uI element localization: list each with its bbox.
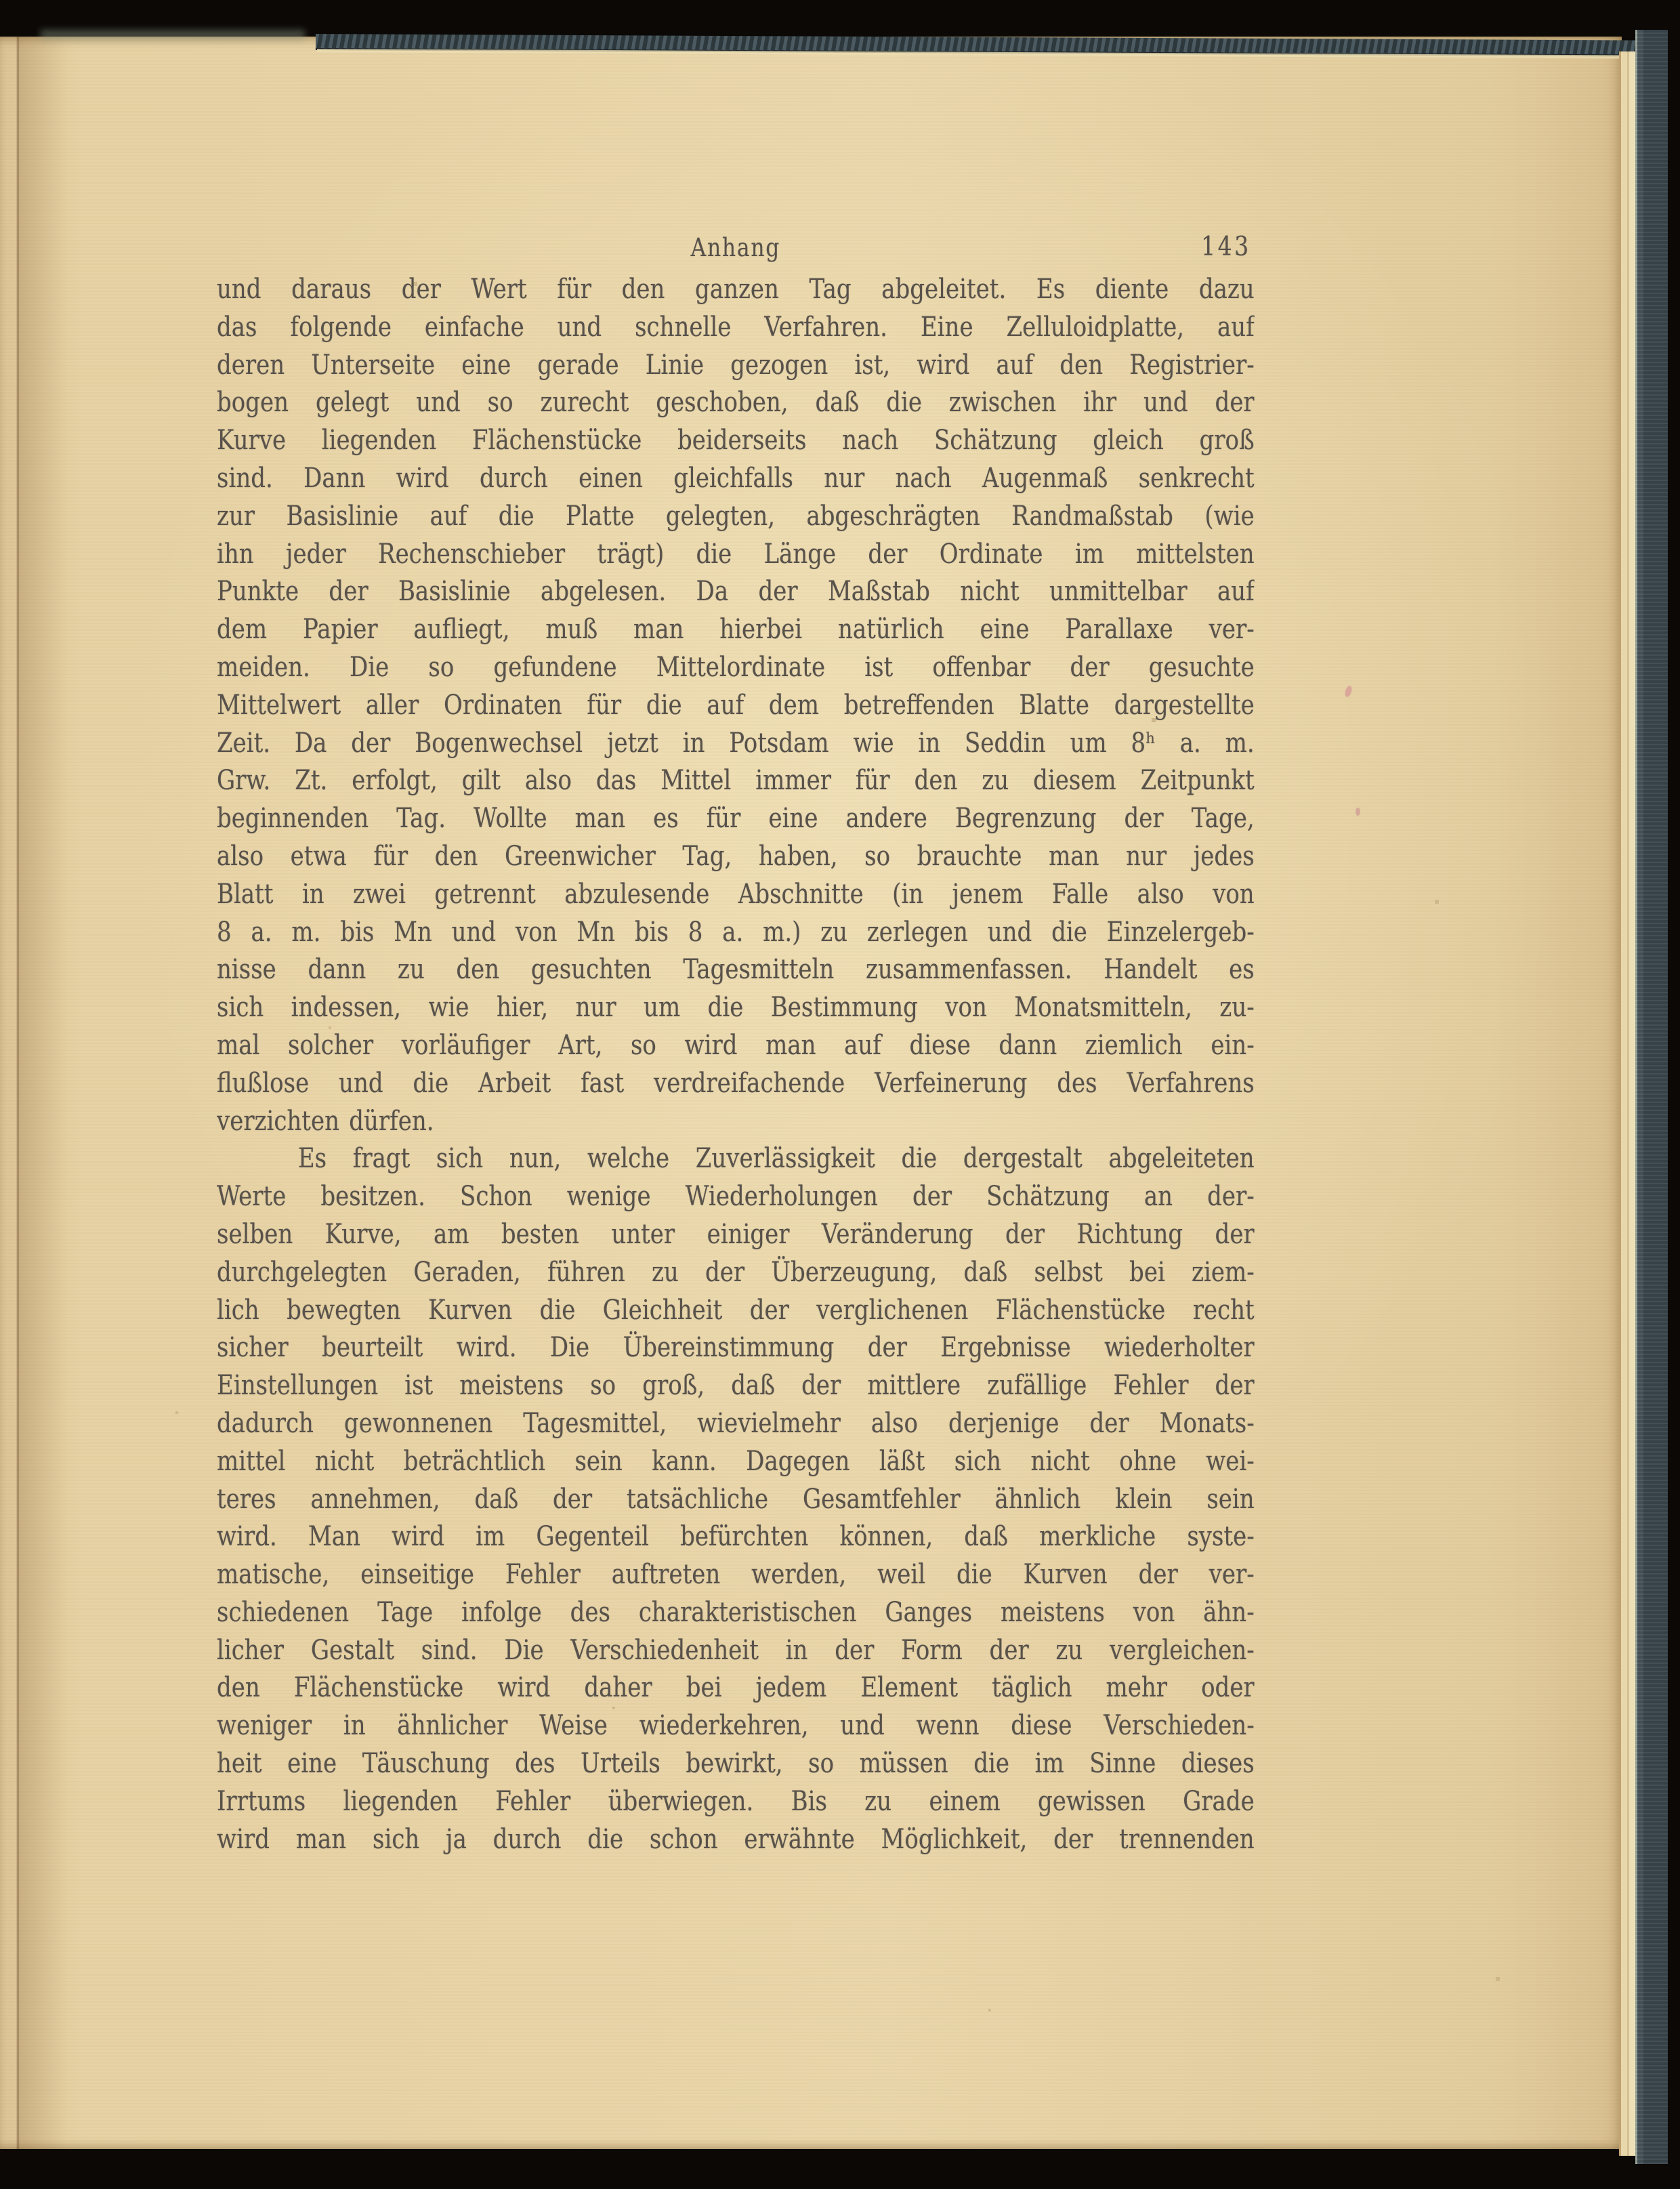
text-line: Irrtums liegenden Fehler überwiegen. Bis…: [217, 1783, 1255, 1821]
text-line: lich bewegten Kurven die Gleichheit der …: [217, 1292, 1255, 1330]
body-text: und daraus der Wert für den ganzen Tag a…: [217, 271, 1255, 1858]
running-header-title: Anhang: [217, 233, 1255, 262]
text-line: sich indessen, wie hier, nur um die Best…: [217, 989, 1255, 1027]
book-scan: Anhang 143 und daraus der Wert für den g…: [0, 0, 1680, 2189]
text-line: matische, einseitige Fehler auftreten we…: [217, 1556, 1255, 1594]
paragraph: und daraus der Wert für den ganzen Tag a…: [217, 271, 1255, 1140]
binding-gutter-shadow: [20, 37, 67, 2149]
text-line: nisse dann zu den gesuchten Tagesmitteln…: [217, 951, 1255, 989]
text-line: Es fragt sich nun, welche Zuverlässigkei…: [217, 1140, 1255, 1178]
text-line: und daraus der Wert für den ganzen Tag a…: [217, 271, 1255, 309]
scan-smudge: [41, 30, 305, 40]
running-header: Anhang 143: [217, 233, 1255, 271]
text-line: wird man sich ja durch die schon erwähnt…: [217, 1821, 1255, 1859]
text-line: Zeit. Da der Bogenwechsel jetzt in Potsd…: [217, 725, 1255, 763]
text-line: dem Papier aufliegt, muß man hierbei nat…: [217, 611, 1255, 649]
text-line: deren Unterseite eine gerade Linie gezog…: [217, 347, 1255, 385]
text-line: bogen gelegt und so zurecht geschoben, d…: [217, 384, 1255, 422]
text-line: schiedenen Tage infolge des charakterist…: [217, 1594, 1255, 1632]
text-line: Grw. Zt. erfolgt, gilt also das Mittel i…: [217, 762, 1255, 800]
text-line: Mittelwert aller Ordinaten für die auf d…: [217, 687, 1255, 725]
text-line: teres annehmen, daß der tatsächliche Ges…: [217, 1481, 1255, 1519]
text-line: das folgende einfache und schnelle Verfa…: [217, 309, 1255, 347]
text-line: meiden. Die so gefundene Mittelordinate …: [217, 649, 1255, 687]
book-cover-right-edge: [1635, 30, 1668, 2164]
binding-gutter-crease: [16, 37, 20, 2149]
text-line: ihn jeder Rechenschieber trägt) die Läng…: [217, 536, 1255, 574]
page-number: 143: [1201, 232, 1251, 262]
text-line: mal solcher vorläufiger Art, so wird man…: [217, 1027, 1255, 1065]
paper-fibers: [0, 0, 1, 1]
text-line: selben Kurve, am besten unter einiger Ve…: [217, 1216, 1255, 1254]
text-line: sicher beurteilt wird. Die Übereinstimmu…: [217, 1329, 1255, 1367]
text-line: durchgelegten Geraden, führen zu der Übe…: [217, 1254, 1255, 1292]
text-line: flußlose und die Arbeit fast verdreifach…: [217, 1065, 1255, 1103]
text-line: verzichten dürfen.: [217, 1103, 1255, 1141]
text-line: also etwa für den Greenwicher Tag, haben…: [217, 838, 1255, 876]
text-line: Werte besitzen. Schon wenige Wiederholun…: [217, 1178, 1255, 1216]
text-line: sind. Dann wird durch einen gleichfalls …: [217, 460, 1255, 498]
text-line: beginnenden Tag. Wollte man es für eine …: [217, 800, 1255, 838]
text-line: mittel nicht beträchtlich sein kann. Dag…: [217, 1443, 1255, 1481]
text-line: zur Basislinie auf die Platte gelegten, …: [217, 498, 1255, 536]
text-line: Kurve liegenden Flächenstücke beiderseit…: [217, 422, 1255, 460]
page-stack-right-edge: [1619, 51, 1637, 2156]
text-line: 8 a. m. bis Mn und von Mn bis 8 a. m.) z…: [217, 914, 1255, 952]
text-line: Einstellungen ist meistens so groß, daß …: [217, 1367, 1255, 1405]
text-line: den Flächenstücke wird daher bei jedem E…: [217, 1669, 1255, 1707]
paper-speck: [1356, 808, 1360, 816]
text-line: wird. Man wird im Gegenteil befürchten k…: [217, 1518, 1255, 1556]
text-line: weniger in ähnlicher Weise wiederkehren,…: [217, 1707, 1255, 1745]
text-line: heit eine Täuschung des Urteils bewirkt,…: [217, 1745, 1255, 1783]
paragraph: Es fragt sich nun, welche Zuverlässigkei…: [217, 1140, 1255, 1858]
text-line: dadurch gewonnenen Tagesmittel, wievielm…: [217, 1405, 1255, 1443]
text-line: licher Gestalt sind. Die Verschiedenheit…: [217, 1632, 1255, 1670]
text-line: Punkte der Basislinie abgelesen. Da der …: [217, 573, 1255, 611]
text-line: Blatt in zwei getrennt abzulesende Absch…: [217, 876, 1255, 914]
